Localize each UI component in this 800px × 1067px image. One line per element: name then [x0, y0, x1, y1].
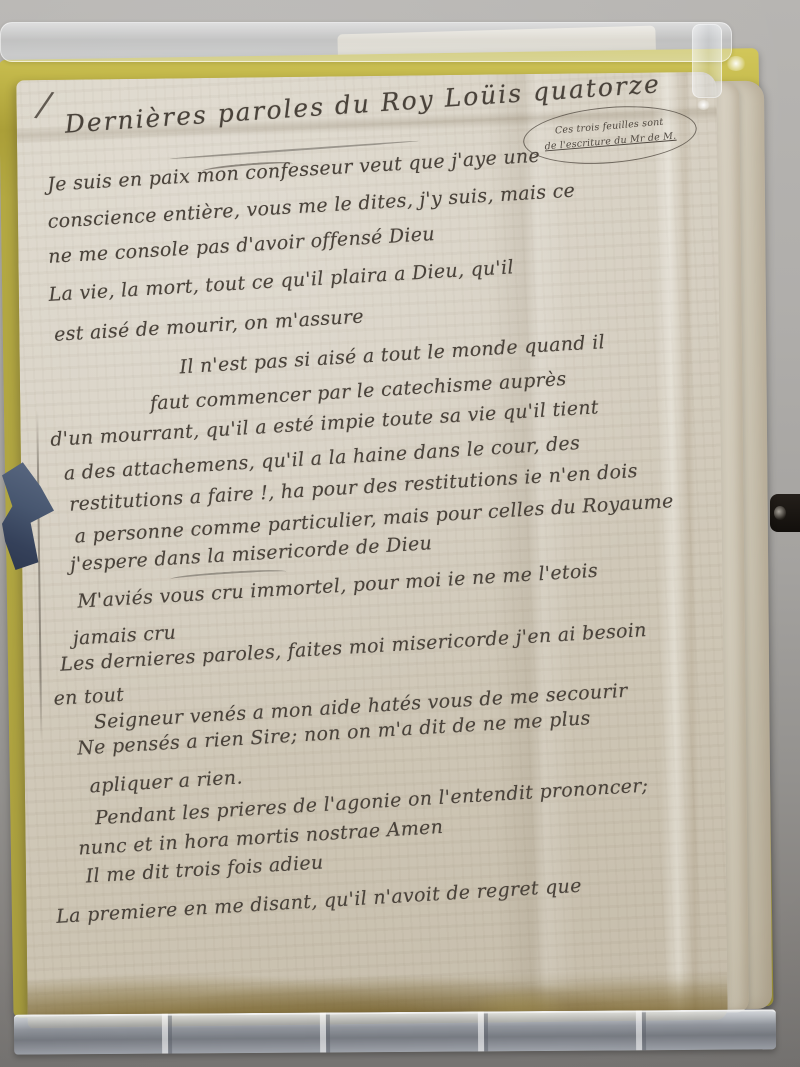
manuscript-text: Je suis en paix mon confesseur veut que …	[47, 166, 700, 936]
reflection-glint	[726, 56, 746, 71]
wall-mount-bracket	[770, 494, 800, 532]
binding-cord-shadow	[36, 410, 42, 740]
acrylic-clip-tab	[692, 24, 722, 98]
reflection-glint	[697, 100, 710, 110]
acrylic-display-shelf	[14, 1009, 776, 1054]
manuscript-page: / Dernières paroles du Roy Loüis quatorz…	[16, 72, 728, 1028]
page-number-mark: /	[36, 87, 52, 122]
acrylic-clip-top	[0, 22, 732, 62]
